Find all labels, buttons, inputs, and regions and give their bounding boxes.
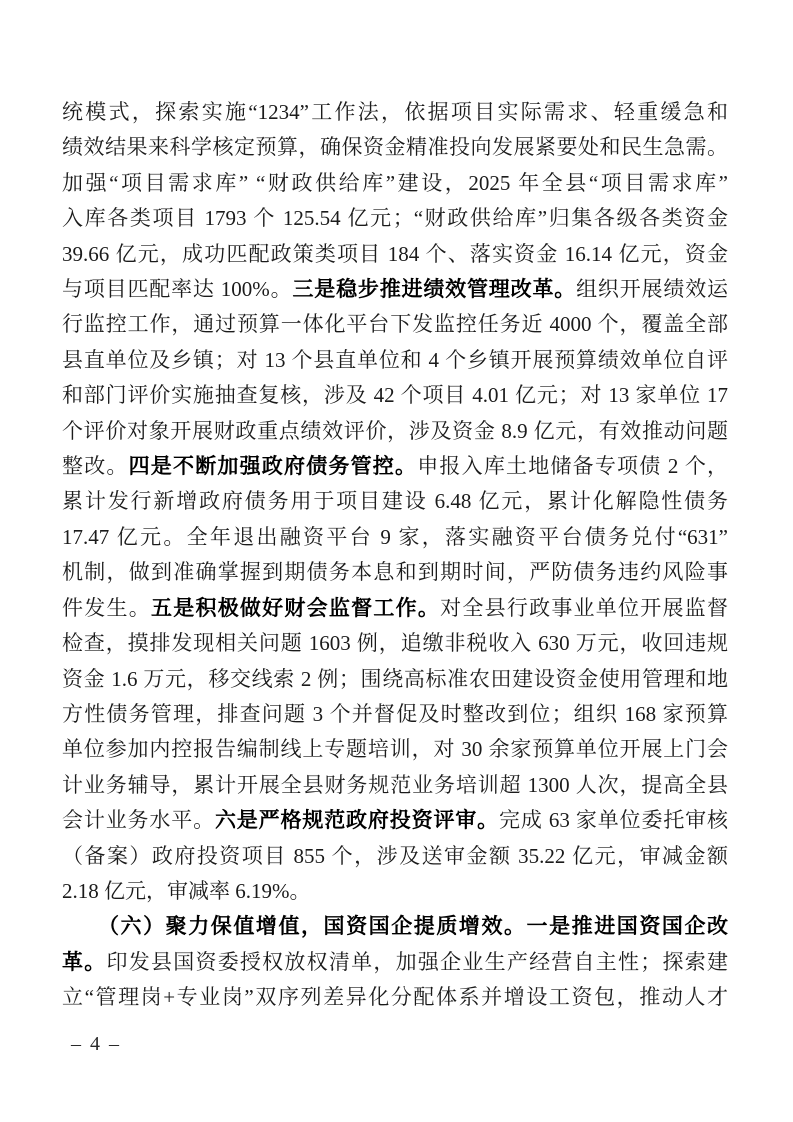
- text-segment-bold: 革。: [62, 950, 106, 974]
- document-line: 绩效结果来科学核定预算，确保资金精准投向发展紧要处和民生急需。: [62, 130, 728, 165]
- document-line: 39.66 亿元，成功匹配政策类项目 184 个、落实资金 16.14 亿元，资…: [62, 237, 728, 272]
- document-line: 个评价对象开展财政重点绩效评价，涉及资金 8.9 亿元，有效推动问题: [62, 414, 728, 449]
- document-line: 县直单位及乡镇；对 13 个县直单位和 4 个乡镇开展预算绩效单位自评: [62, 343, 728, 378]
- text-segment: 2.18 亿元，审减率 6.19%。: [62, 879, 311, 903]
- document-body: 统模式，探索实施“1234”工作法，依据项目实际需求、轻重缓急和绩效结果来科学核…: [62, 95, 728, 1016]
- document-line: 资金 1.6 万元，移交线索 2 例；围绕高标准农田建设资金使用管理和地: [62, 662, 728, 697]
- text-segment: 会计业务水平。: [62, 808, 215, 832]
- text-segment: 资金 1.6 万元，移交线索 2 例；围绕高标准农田建设资金使用管理和地: [62, 667, 728, 691]
- text-segment: 检查，摸排发现相关问题 1603 例，追缴非税收入 630 万元，收回违规: [62, 631, 728, 655]
- document-line: 检查，摸排发现相关问题 1603 例，追缴非税收入 630 万元，收回违规: [62, 626, 728, 661]
- document-page: 统模式，探索实施“1234”工作法，依据项目实际需求、轻重缓急和绩效结果来科学核…: [0, 0, 793, 1122]
- text-segment: 计业务辅导，累计开展全县财务规范业务培训超 1300 人次，提高全县: [62, 773, 728, 797]
- text-segment: 累计发行新增政府债务用于项目建设 6.48 亿元，累计化解隐性债务: [62, 489, 728, 513]
- document-line: 计业务辅导，累计开展全县财务规范业务培训超 1300 人次，提高全县: [62, 768, 728, 803]
- text-segment-bold: 五是积极做好财会监督工作。: [151, 596, 440, 620]
- document-line: 累计发行新增政府债务用于项目建设 6.48 亿元，累计化解隐性债务: [62, 484, 728, 519]
- text-segment: 县直单位及乡镇；对 13 个县直单位和 4 个乡镇开展预算绩效单位自评: [62, 348, 728, 372]
- text-segment: 立“管理岗+专业岗”双序列差异化分配体系并增设工资包，推动人才: [62, 985, 728, 1009]
- document-line: 加强“项目需求库” “财政供给库”建设，2025 年全县“项目需求库”: [62, 166, 728, 201]
- document-line: 单位参加内控报告编制线上专题培训，对 30 余家预算单位开展上门会: [62, 732, 728, 767]
- document-line: 机制，做到准确掌握到期债务本息和到期时间，严防债务违约风险事: [62, 555, 728, 590]
- text-segment: 完成 63 家单位委托审核: [499, 808, 728, 832]
- text-segment: （备案）政府投资项目 855 个，涉及送审金额 35.22 亿元，审减金额: [62, 844, 728, 868]
- text-segment: 加强“项目需求库” “财政供给库”建设，2025 年全县“项目需求库”: [62, 171, 728, 195]
- text-segment: 统模式，探索实施“1234”工作法，依据项目实际需求、轻重缓急和: [62, 100, 728, 124]
- text-segment: 17.47 亿元。全年退出融资平台 9 家，落实融资平台债务兑付“631”: [62, 525, 728, 549]
- document-line: 入库各类项目 1793 个 125.54 亿元；“财政供给库”归集各级各类资金: [62, 201, 728, 236]
- text-segment: 机制，做到准确掌握到期债务本息和到期时间，严防债务违约风险事: [62, 560, 728, 584]
- text-segment: 整改。: [62, 454, 129, 478]
- text-segment: 个评价对象开展财政重点绩效评价，涉及资金 8.9 亿元，有效推动问题: [62, 419, 728, 443]
- text-segment: 入库各类项目 1793 个 125.54 亿元；“财政供给库”归集各级各类资金: [62, 206, 728, 230]
- document-line: 立“管理岗+专业岗”双序列差异化分配体系并增设工资包，推动人才: [62, 980, 728, 1015]
- text-segment-bold: （六）聚力保值增值，国资国企提质增效。一是推进国资国企改: [98, 914, 728, 938]
- document-line: 革。印发县国资委授权放权清单，加强企业生产经营自主性；探索建: [62, 945, 728, 980]
- text-segment: 件发生。: [62, 596, 151, 620]
- document-line: 会计业务水平。六是严格规范政府投资评审。完成 63 家单位委托审核: [62, 803, 728, 838]
- document-line: 件发生。五是积极做好财会监督工作。对全县行政事业单位开展监督: [62, 591, 728, 626]
- text-segment: 行监控工作，通过预算一体化平台下发监控任务近 4000 个，覆盖全部: [62, 312, 728, 336]
- document-line: 和部门评价实施抽查复核，涉及 42 个项目 4.01 亿元；对 13 家单位 1…: [62, 378, 728, 413]
- text-segment: 单位参加内控报告编制线上专题培训，对 30 余家预算单位开展上门会: [62, 737, 728, 761]
- text-segment-bold: 三是稳步推进绩效管理改革。: [292, 277, 576, 301]
- text-segment: 组织开展绩效运: [576, 277, 728, 301]
- text-segment: 和部门评价实施抽查复核，涉及 42 个项目 4.01 亿元；对 13 家单位 1…: [62, 383, 728, 407]
- document-line: 行监控工作，通过预算一体化平台下发监控任务近 4000 个，覆盖全部: [62, 307, 728, 342]
- document-line: 方性债务管理，排查问题 3 个并督促及时整改到位；组织 168 家预算: [62, 697, 728, 732]
- text-segment: 绩效结果来科学核定预算，确保资金精准投向发展紧要处和民生急需。: [62, 135, 728, 159]
- document-line: 2.18 亿元，审减率 6.19%。: [62, 874, 728, 909]
- text-segment-bold: 四是不断加强政府债务管控。: [129, 454, 418, 478]
- text-segment: 方性债务管理，排查问题 3 个并督促及时整改到位；组织 168 家预算: [62, 702, 728, 726]
- page-number: – 4 –: [71, 1031, 121, 1057]
- text-segment: 印发县国资委授权放权清单，加强企业生产经营自主性；探索建: [106, 950, 728, 974]
- document-line: 与项目匹配率达 100%。三是稳步推进绩效管理改革。组织开展绩效运: [62, 272, 728, 307]
- text-segment: 39.66 亿元，成功匹配政策类项目 184 个、落实资金 16.14 亿元，资…: [62, 242, 728, 266]
- document-line: 17.47 亿元。全年退出融资平台 9 家，落实融资平台债务兑付“631”: [62, 520, 728, 555]
- text-segment: 申报入库土地储备专项债 2 个，: [417, 454, 728, 478]
- text-segment: 对全县行政事业单位开展监督: [440, 596, 728, 620]
- text-segment-bold: 六是严格规范政府投资评审。: [215, 808, 499, 832]
- document-line: （备案）政府投资项目 855 个，涉及送审金额 35.22 亿元，审减金额: [62, 839, 728, 874]
- text-segment: 与项目匹配率达 100%。: [62, 277, 292, 301]
- document-line: 整改。四是不断加强政府债务管控。申报入库土地储备专项债 2 个，: [62, 449, 728, 484]
- document-line: 统模式，探索实施“1234”工作法，依据项目实际需求、轻重缓急和: [62, 95, 728, 130]
- document-line: （六）聚力保值增值，国资国企提质增效。一是推进国资国企改: [62, 909, 728, 944]
